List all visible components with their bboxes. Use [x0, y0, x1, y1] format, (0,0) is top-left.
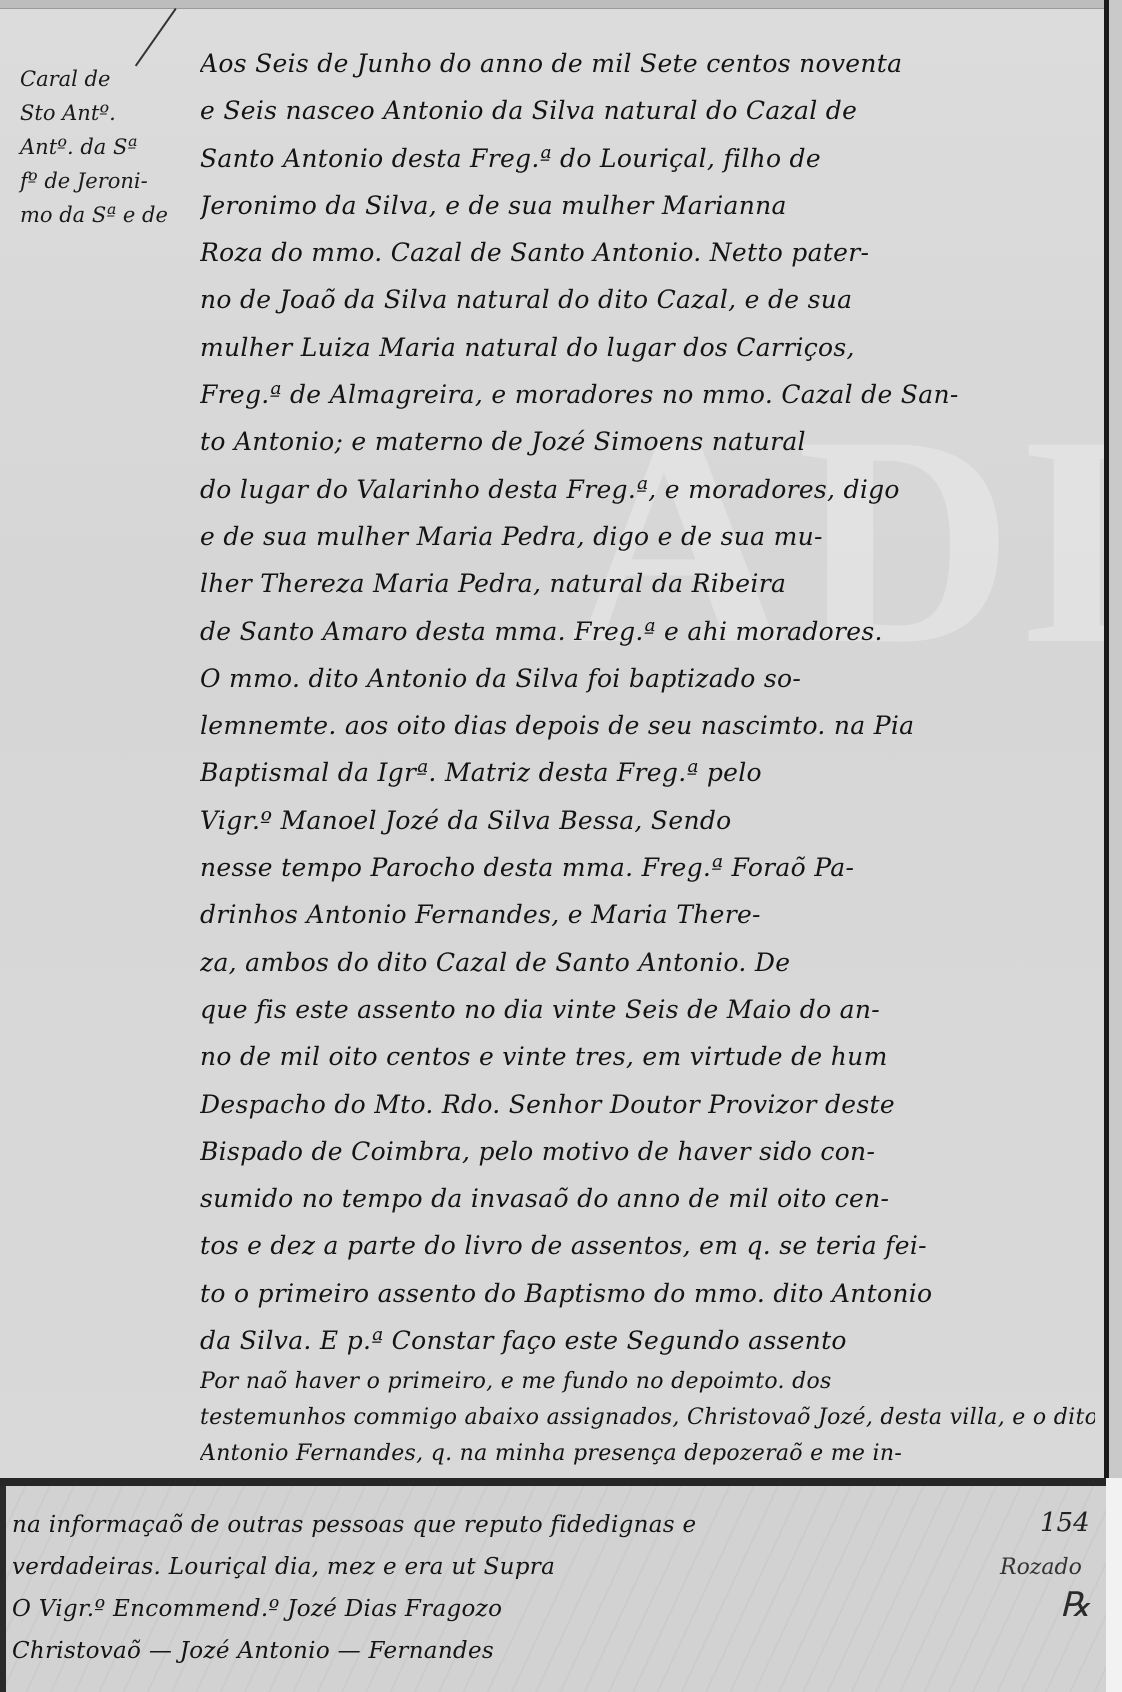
entry-line: de Santo Amaro desta mma. Freg.ª e ahi m… [200, 608, 1095, 655]
page-edge [0, 1486, 6, 1692]
entry-line: drinhos Antonio Fernandes, e Maria There… [200, 891, 1095, 938]
margin-note-line: fº de Jeroni- [20, 164, 190, 198]
register-page-upper: ADL Caral de Sto Antº. Antº. da Sª fº de… [0, 0, 1106, 1478]
scan-edge [1106, 1478, 1122, 1692]
entry-line: no de Joaõ da Silva natural do dito Caza… [200, 276, 1095, 323]
entry-line: do lugar do Valarinho desta Freg.ª, e mo… [200, 466, 1095, 513]
witness-signatures: Christovaõ — Jozé Antonio — Fernandes [12, 1630, 912, 1672]
margin-note: Caral de Sto Antº. Antº. da Sª fº de Jer… [20, 62, 190, 232]
entry-line: no de mil oito centos e vinte tres, em v… [200, 1033, 1095, 1080]
entry-line: Roza do mmo. Cazal de Santo Antonio. Net… [200, 229, 1095, 276]
entry-line: da Silva. E p.ª Constar faço este Segund… [200, 1317, 1095, 1364]
closing-line: verdadeiras. Louriçal dia, mez e era ut … [12, 1546, 912, 1588]
entry-line: Por naõ haver o primeiro, e me fundo no … [200, 1364, 1095, 1400]
entry-line: Santo Antonio desta Freg.ª do Louriçal, … [200, 135, 1095, 182]
vicar-signature: O Vigr.º Encommend.º Jozé Dias Fragozo [12, 1588, 912, 1630]
margin-note-line: mo da Sª e de [20, 198, 190, 232]
baptism-entry: Aos Seis de Junho do anno de mil Sete ce… [200, 40, 1095, 1478]
entry-line: Antonio Fernandes, q. na minha presença … [200, 1436, 1095, 1472]
entry-line: Aos Seis de Junho do anno de mil Sete ce… [200, 40, 1095, 87]
margin-note-line: Caral de [20, 62, 190, 96]
entry-line: Jeronimo da Silva, e de sua mulher Maria… [200, 182, 1095, 229]
entry-line: testemunhos commigo abaixo assignados, C… [200, 1400, 1095, 1436]
entry-line: to o primeiro assento do Baptismo do mmo… [200, 1270, 1095, 1317]
entry-line: lemnemte. aos oito dias depois de seu na… [200, 702, 1095, 749]
entry-line: e Seis nasceo Antonio da Silva natural d… [200, 87, 1095, 134]
entry-line: O mmo. dito Antonio da Silva foi baptiza… [200, 655, 1095, 702]
entry-line: lher Thereza Maria Pedra, natural da Rib… [200, 560, 1095, 607]
entry-line: tos e dez a parte do livro de assentos, … [200, 1222, 1095, 1269]
entry-line: to Antonio; e materno de Jozé Simoens na… [200, 418, 1095, 465]
pen-stroke [135, 8, 177, 66]
margin-note-line: Antº. da Sª [20, 130, 190, 164]
page-right-margin [1109, 0, 1122, 1478]
entry-line: za, ambos do dito Cazal de Santo Antonio… [200, 939, 1095, 986]
entry-line: sumido no tempo da invasaõ do anno de mi… [200, 1175, 1095, 1222]
entry-line: Baptismal da Igrª. Matriz desta Freg.ª p… [200, 749, 1095, 796]
entry-line: nesse tempo Parocho desta mma. Freg.ª Fo… [200, 844, 1095, 891]
entry-line: Vigr.º Manoel Jozé da Silva Bessa, Sendo [200, 797, 1095, 844]
entry-continuation: na informaçaõ de outras pessoas que repu… [12, 1504, 912, 1672]
margin-note-line: Sto Antº. [20, 96, 190, 130]
entry-line: mulher Luiza Maria natural do lugar dos … [200, 324, 1095, 371]
entry-line: e de sua mulher Maria Pedra, digo e de s… [200, 513, 1095, 560]
entry-line: Freg.ª de Almagreira, e moradores no mmo… [200, 371, 1095, 418]
entry-line: Bispado de Coimbra, pelo motivo de haver… [200, 1128, 1095, 1175]
clerk-initials: Rozado [1000, 1555, 1082, 1580]
entry-line: Despacho do Mto. Rdo. Senhor Doutor Prov… [200, 1081, 1095, 1128]
folio-number: 154 [1040, 1508, 1090, 1538]
previous-page-strip [0, 0, 1106, 9]
entry-line: que fis este assento no dia vinte Seis d… [200, 986, 1095, 1033]
continuation-line: na informaçaõ de outras pessoas que repu… [12, 1504, 912, 1546]
register-page-lower: na informaçaõ de outras pessoas que repu… [0, 1478, 1106, 1692]
rubric-flourish-icon: ℞ [1060, 1585, 1090, 1625]
